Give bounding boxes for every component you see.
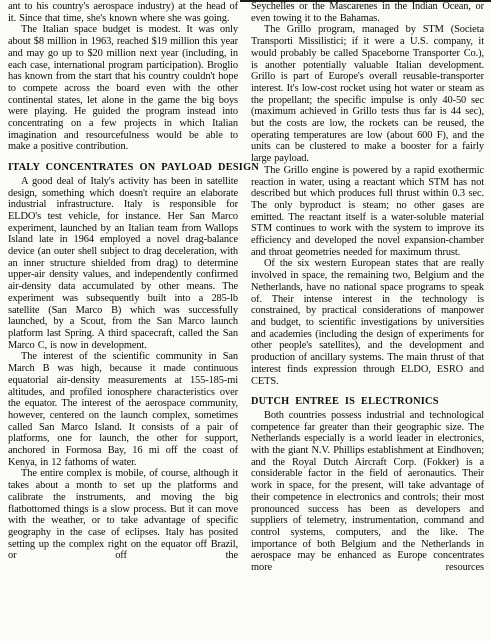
paragraph-scientific-interest: The interest of the scientific community…: [8, 351, 238, 468]
paragraph-continued: Seychelles or the Mascarenes in the Indi…: [251, 1, 484, 24]
column-right: Seychelles or the Mascarenes in the Indi…: [251, 1, 484, 574]
magazine-page: ant to his country's aerospace industry)…: [0, 0, 491, 641]
paragraph-italian-budget: The Italian space budget is modest. It w…: [8, 24, 238, 153]
paragraph-grillo-engine: The Grillo engine is powered by a rapid …: [251, 165, 484, 259]
paragraph-continued: ant to his country's aerospace industry)…: [8, 1, 238, 24]
column-left: ant to his country's aerospace industry)…: [8, 1, 238, 562]
section-heading-dutch-electronics: DUTCH ENTREE IS ELECTRONICS: [251, 396, 484, 408]
paragraph-belgium-netherlands: Of the six western European states that …: [251, 258, 484, 387]
paragraph-mobile-complex: The entire complex is mobile, of course,…: [8, 468, 238, 562]
paragraph-grillo-program: The Grillo program, managed by STM (Soci…: [251, 24, 484, 164]
section-heading-italy-payload-design: ITALY CONCENTRATES ON PAYLOAD DESIGN: [8, 162, 238, 174]
paragraph-san-marco-experiment: A good deal of Italy's activity has been…: [8, 176, 238, 352]
paragraph-dutch-competence: Both countries possess industrial and te…: [251, 410, 484, 574]
